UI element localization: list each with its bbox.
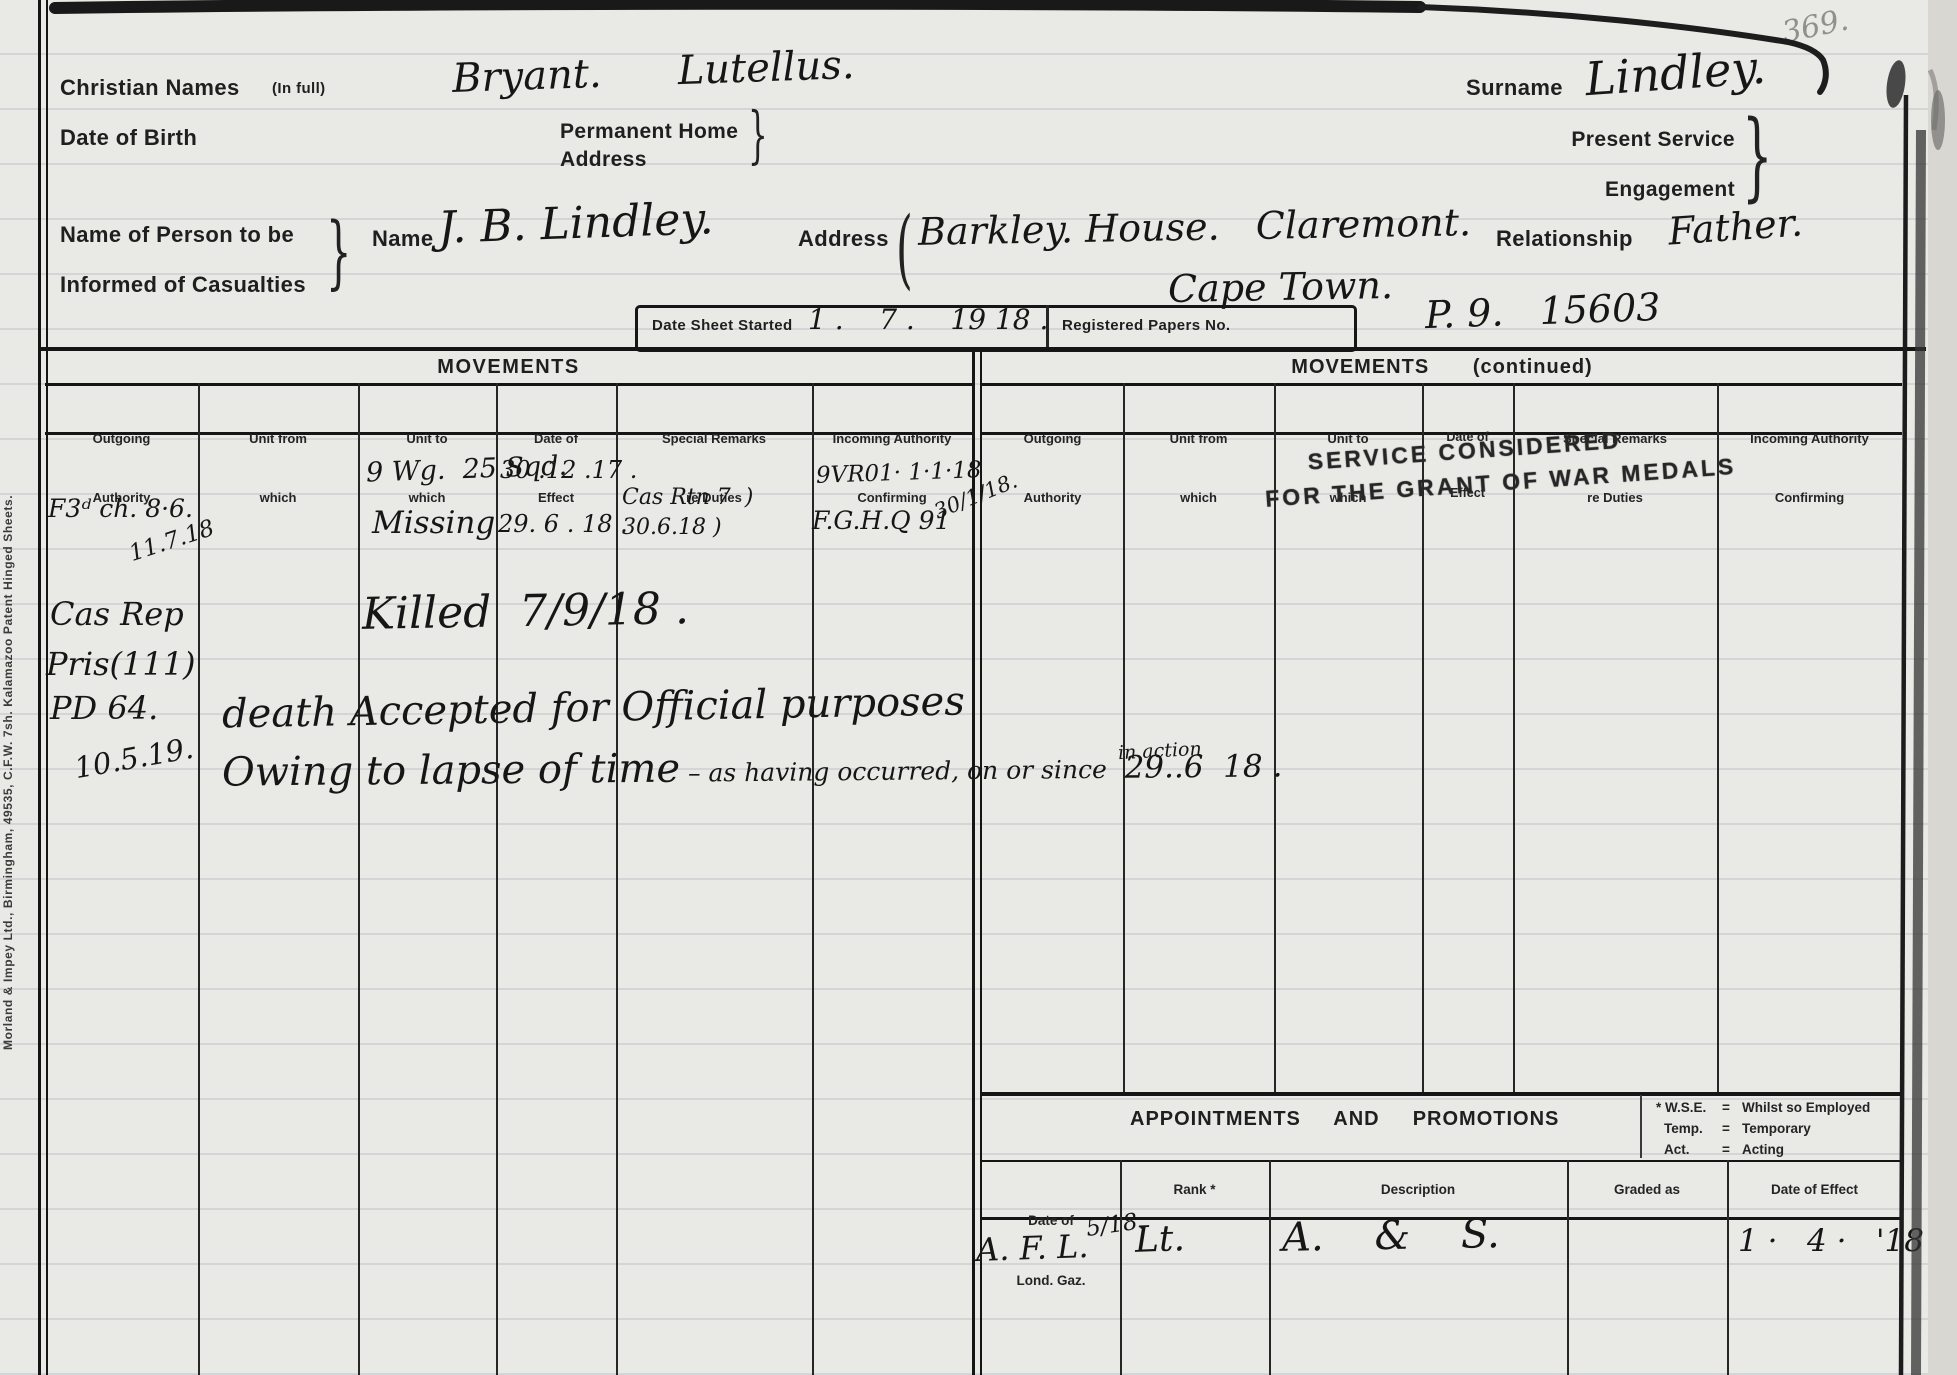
entry-r1-date-2: 29. 6 . 18 . xyxy=(498,512,628,536)
top-edge-mark xyxy=(55,4,1420,8)
legend-abbr: Act. xyxy=(1656,1140,1722,1161)
casualties-label-1: Name of Person to be xyxy=(60,222,294,248)
left-table-header-top-rule xyxy=(45,383,972,386)
entry-r2-outgoing-2: Pris(111) xyxy=(46,648,196,680)
registered-papers-label: Registered Papers No. xyxy=(1062,317,1230,334)
app-entry-lond-gaz-1: A. F. L. xyxy=(975,1230,1088,1266)
entry-r3-line2-date: 29..6 18 . xyxy=(1115,751,1283,783)
address-value-1: Barkley. House. Claremont. xyxy=(918,203,1472,251)
entry-r3-authority-1: PD 64. xyxy=(50,692,158,724)
colhead-line: Confirming xyxy=(1717,488,1902,508)
address-paren: ( xyxy=(896,206,913,292)
service-engagement-brace: } xyxy=(1742,108,1773,204)
binding-blob-1 xyxy=(1884,59,1909,109)
entry-r2-killed: Killed 7/9/18 . xyxy=(362,587,690,637)
entry-r1-outgoing-1: F3ᵈ ch. 8·6. xyxy=(48,496,193,521)
left-rule-inner xyxy=(46,0,48,1375)
present-service-label: Present Service xyxy=(1520,128,1735,152)
date-sheet-started-value: 1 . 7 . 19 18 . xyxy=(808,306,1048,334)
permanent-home-brace: } xyxy=(748,104,768,166)
page-edge-strip xyxy=(1928,0,1957,1375)
printer-imprint: Morland & Impey Ltd., Birmingham, 49535,… xyxy=(1,330,15,1050)
entry-r1-incoming-1: 9VR01· 1·1·18 xyxy=(816,459,982,488)
date-sheet-started-label: Date Sheet Started xyxy=(652,317,793,334)
colhead-line: Outgoing xyxy=(45,429,198,449)
legend-eq: = xyxy=(1722,1098,1742,1119)
christian-names-qualifier: (In full) xyxy=(272,80,326,97)
appointments-top-rule xyxy=(982,1092,1902,1096)
casualties-label-2: Informed of Casualties xyxy=(60,272,306,298)
name-label: Name xyxy=(372,226,434,252)
appointments-legend-divider xyxy=(1640,1095,1642,1158)
entry-r3-line2-big: Owing to lapse of time xyxy=(222,749,680,793)
colhead-line: Unit from xyxy=(1123,429,1274,449)
entry-r1-remarks-1: Cas Rtn 7 ) xyxy=(622,487,753,509)
colhead-line: Effect xyxy=(496,488,616,508)
christian-names-value: Bryant. Lutellus. xyxy=(451,45,855,99)
movements-title: MOVEMENTS xyxy=(45,356,972,379)
surname-label: Surname xyxy=(1466,75,1563,101)
app-colhead-graded-as: Graded as xyxy=(1567,1180,1727,1200)
colhead-line: Unit from xyxy=(198,429,358,449)
left-colhead-unit-from: Unit from which xyxy=(198,390,358,546)
colhead-line: Outgoing xyxy=(982,429,1123,449)
registered-papers-value: P. 9. 15603 xyxy=(1424,288,1661,334)
colhead-line: Incoming Authority xyxy=(812,429,972,449)
entry-r3-line1: death Accepted for Official purposes xyxy=(222,682,965,735)
app-colhead-rank: Rank * xyxy=(1120,1180,1269,1200)
permanent-home-label-2: Address xyxy=(560,148,647,172)
scan-artifacts xyxy=(0,0,1957,1375)
right-colhead-outgoing: Outgoing Authority xyxy=(982,390,1123,546)
entry-r2-outgoing-1: Cas Rep xyxy=(50,598,184,630)
left-rule-outer xyxy=(38,0,41,1375)
header-divider-rule xyxy=(38,347,1926,351)
legend-abbr: * W.S.E. xyxy=(1656,1098,1722,1119)
engagement-label: Engagement xyxy=(1520,178,1735,202)
date-of-birth-label: Date of Birth xyxy=(60,125,197,151)
right-table-header-top-rule xyxy=(982,383,1902,386)
entry-r1-remarks-2: 30.6.18 ) xyxy=(622,517,722,539)
legend-eq: = xyxy=(1722,1140,1742,1161)
entry-r3-authority-2: 10.5.19. xyxy=(72,734,195,783)
colhead-line: Special Remarks xyxy=(616,429,812,449)
app-colhead-date-of-effect: Date of Effect xyxy=(1727,1180,1902,1200)
date-sheet-box-divider xyxy=(1046,305,1049,349)
relationship-label: Relationship xyxy=(1496,226,1633,252)
entry-r1-unit-to-2: Missing xyxy=(372,508,495,539)
app-entry-rank: Lt. xyxy=(1134,1221,1185,1259)
right-colhead-unit-from: Unit from which xyxy=(1123,390,1274,546)
record-sheet: Morland & Impey Ltd., Birmingham, 49535,… xyxy=(0,0,1957,1375)
entry-r3-line2: Owing to lapse of time – as having occur… xyxy=(222,743,1283,792)
legend-meaning: Temporary xyxy=(1742,1119,1870,1140)
right-colhead-incoming: Incoming Authority Confirming xyxy=(1717,390,1902,546)
appointments-title: APPOINTMENTS AND PROMOTIONS xyxy=(1130,1108,1550,1131)
colhead-line: Lond. Gaz. xyxy=(982,1271,1120,1291)
name-value: J. B. Lindley. xyxy=(437,197,714,251)
legend-eq: = xyxy=(1722,1119,1742,1140)
colhead-line: Unit to xyxy=(358,429,496,449)
casualties-brace: } xyxy=(326,212,351,292)
app-entry-date-of-effect: 1 · 4 · '18 xyxy=(1738,1226,1924,1257)
entry-r1-date-1: 30 .12 .17 . xyxy=(500,458,637,482)
colhead-line: Incoming Authority xyxy=(1717,429,1902,449)
relationship-value: Father. xyxy=(1667,203,1804,250)
app-entry-description: A. & S. xyxy=(1282,1214,1500,1258)
entry-r3-line2-small: – as having occurred, on or since xyxy=(680,757,1115,786)
right-edge-line-2 xyxy=(1916,130,1921,1375)
app-colhead-description: Description xyxy=(1269,1180,1567,1200)
legend-meaning: Whilst so Employed xyxy=(1742,1098,1870,1119)
address-label: Address xyxy=(798,226,889,252)
address-value-2: Cape Town. xyxy=(1168,266,1394,308)
colhead-line: Date of xyxy=(496,429,616,449)
colhead-line: which xyxy=(1123,488,1274,508)
legend-abbr: Temp. xyxy=(1656,1119,1722,1140)
permanent-home-label-1: Permanent Home xyxy=(560,120,738,144)
legend-meaning: Acting xyxy=(1742,1140,1870,1161)
christian-names-label: Christian Names xyxy=(60,75,240,101)
colhead-line: which xyxy=(198,488,358,508)
sheet-number: 369. xyxy=(1780,5,1852,48)
movements-continued-title: MOVEMENTS (continued) xyxy=(982,356,1902,379)
surname-value: Lindley. xyxy=(1584,44,1768,102)
entry-r1-incoming-2: F.G.H.Q 91 xyxy=(812,508,950,533)
appointments-legend: * W.S.E. = Whilst so Employed Temp. = Te… xyxy=(1656,1098,1870,1161)
